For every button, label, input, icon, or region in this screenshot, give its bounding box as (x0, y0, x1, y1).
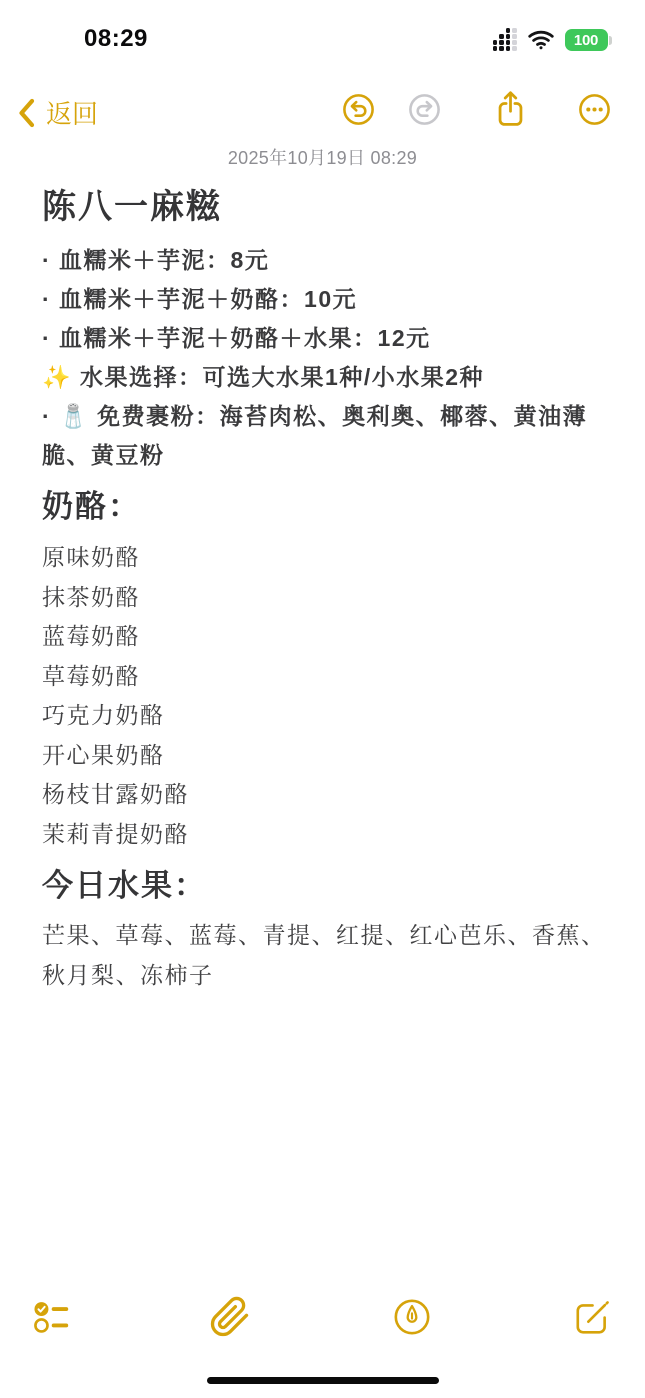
status-bar: 08:29 100 (0, 0, 645, 88)
status-time: 08:29 (84, 25, 148, 53)
cheese-heading: 奶酪： (42, 487, 607, 527)
cheese-item: 草莓奶酪 (42, 657, 607, 697)
battery-nub (609, 36, 612, 45)
share-button[interactable] (494, 89, 527, 129)
battery-icon: 100 (565, 29, 613, 51)
undo-button[interactable] (341, 92, 376, 127)
menu-line: ✨ 水果选择：可选大水果1种/小水果2种 (42, 358, 607, 397)
note-title: 陈八一麻糍 (42, 188, 607, 226)
cellular-signal-icon (493, 30, 517, 51)
share-icon (494, 89, 527, 129)
note-date: 2025年10月19日 08:29 (0, 144, 645, 170)
status-icons: 100 (493, 29, 612, 51)
menu-line: · 🧂 免费裹粉：海苔肉松、奥利奥、椰蓉、黄油薄脆、黄豆粉 (42, 397, 607, 475)
more-button[interactable] (577, 92, 612, 127)
chevron-left-icon (18, 98, 35, 128)
nav-bar: 返回 (0, 88, 645, 140)
checklist-icon (33, 1300, 70, 1334)
cheese-item: 巧克力奶酪 (42, 696, 607, 736)
cheese-item: 开心果奶酪 (42, 736, 607, 776)
redo-button[interactable] (407, 92, 442, 127)
cheese-list: 原味奶酪抹茶奶酪蓝莓奶酪草莓奶酪巧克力奶酪开心果奶酪杨枝甘露奶酪茉莉青提奶酪 (42, 538, 607, 854)
cheese-item: 茉莉青提奶酪 (42, 815, 607, 855)
menu-list: · 血糯米＋芋泥：8元· 血糯米＋芋泥＋奶酪：10元· 血糯米＋芋泥＋奶酪＋水果… (42, 241, 607, 475)
compose-icon (572, 1297, 612, 1337)
markup-button[interactable] (391, 1296, 433, 1338)
attachment-button[interactable] (209, 1296, 251, 1338)
menu-line: · 血糯米＋芋泥＋奶酪＋水果：12元 (42, 319, 607, 358)
checklist-button[interactable] (33, 1300, 70, 1334)
cheese-item: 原味奶酪 (42, 538, 607, 578)
cheese-item: 抹茶奶酪 (42, 578, 607, 618)
bottom-toolbar (0, 1286, 645, 1348)
battery-level: 100 (565, 29, 608, 51)
menu-line: · 血糯米＋芋泥＋奶酪：10元 (42, 280, 607, 319)
markup-pen-icon (391, 1296, 433, 1338)
back-button[interactable]: 返回 (18, 94, 98, 131)
home-indicator[interactable] (207, 1377, 439, 1384)
more-icon (577, 92, 612, 127)
back-label: 返回 (46, 94, 98, 131)
fruit-heading: 今日水果： (42, 866, 607, 906)
compose-button[interactable] (572, 1297, 612, 1337)
cheese-item: 杨枝甘露奶酪 (42, 775, 607, 815)
wifi-icon (528, 30, 554, 50)
redo-icon (407, 92, 442, 127)
menu-line: · 血糯米＋芋泥：8元 (42, 241, 607, 280)
fruit-text: 芒果、草莓、蓝莓、青提、红提、红心芭乐、香蕉、秋月梨、冻柿子 (42, 915, 607, 995)
notes-app-screen: 08:29 100 (0, 0, 645, 1398)
note-content[interactable]: 陈八一麻糍 · 血糯米＋芋泥：8元· 血糯米＋芋泥＋奶酪：10元· 血糯米＋芋泥… (0, 188, 645, 995)
cheese-item: 蓝莓奶酪 (42, 617, 607, 657)
undo-icon (341, 92, 376, 127)
paperclip-icon (209, 1296, 251, 1338)
